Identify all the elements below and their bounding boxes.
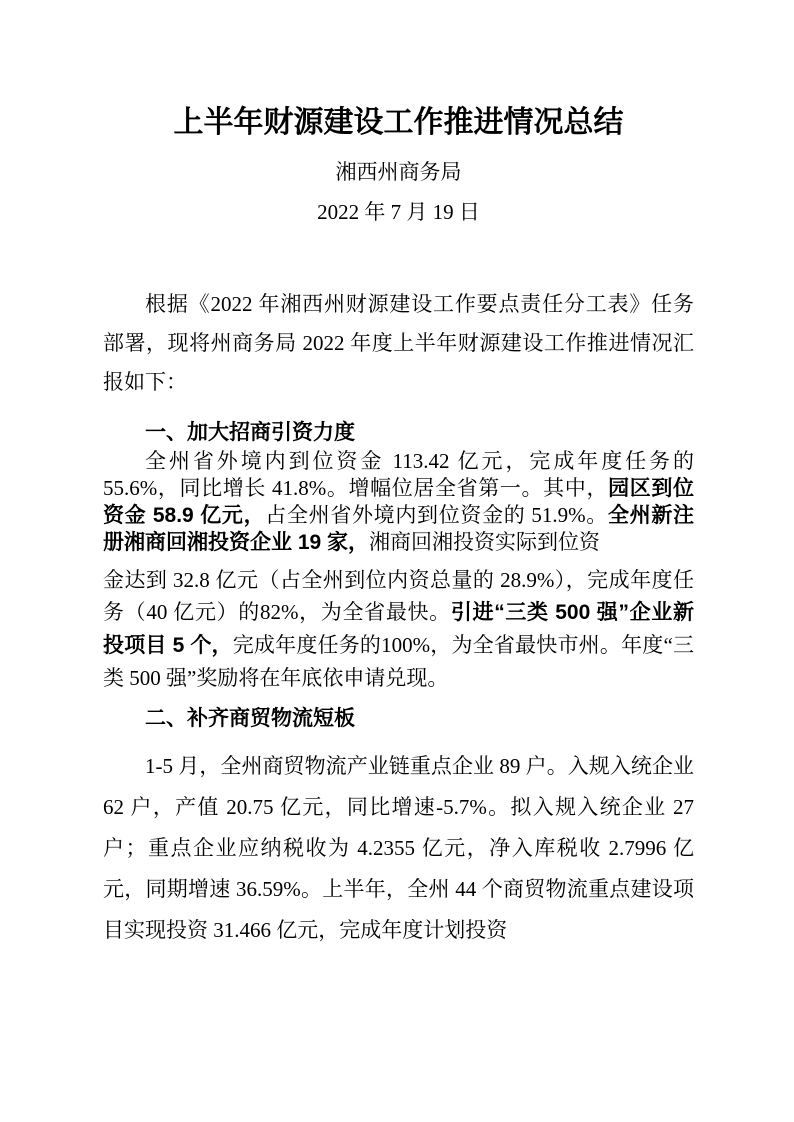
paragraph: 金达到 32.8 亿元（占全州到位内资总量的 28.9%），完成年度任务（40 … <box>103 564 694 694</box>
text-segment: 全州省外境内到位资金 113.42 亿元，完成年度任务的 55.6%，同比增长 … <box>103 449 694 500</box>
paragraph: 根据《2022 年湘西州财源建设工作要点责任分工表》任务部署，现将州商务局 20… <box>103 285 694 402</box>
bold-text-segment: 二、补齐商贸物流短板 <box>145 707 355 730</box>
text-segment: 根据《2022 年湘西州财源建设工作要点责任分工表》任务部署，现将州商务局 20… <box>103 292 694 394</box>
document-page: 上半年财源建设工作推进情况总结 湘西州商务局 2022 年 7 月 19 日 根… <box>0 0 794 1122</box>
document-title: 上半年财源建设工作推进情况总结 <box>103 105 694 141</box>
section-heading: 二、补齐商贸物流短板 <box>103 704 694 734</box>
document-author: 湘西州商务局 <box>103 159 694 185</box>
text-segment: 湘商回湘投资实际到位资 <box>369 530 600 554</box>
text-segment: 1-5 月，全州商贸物流产业链重点企业 89 户。入规入统企业 62 户，产值 … <box>103 754 694 942</box>
document-body: 根据《2022 年湘西州财源建设工作要点责任分工表》任务部署，现将州商务局 20… <box>103 285 694 951</box>
document-date: 2022 年 7 月 19 日 <box>103 199 694 225</box>
text-segment: 占全州省外境内到位资金的 51.9%。 <box>265 503 608 527</box>
bold-text-segment: 一、加大招商引资力度 <box>145 421 355 444</box>
section-heading: 一、加大招商引资力度 <box>103 418 694 448</box>
paragraph: 全州省外境内到位资金 113.42 亿元，完成年度任务的 55.6%，同比增长 … <box>103 448 694 556</box>
paragraph: 1-5 月，全州商贸物流产业链重点企业 89 户。入规入统企业 62 户，产值 … <box>103 746 694 951</box>
